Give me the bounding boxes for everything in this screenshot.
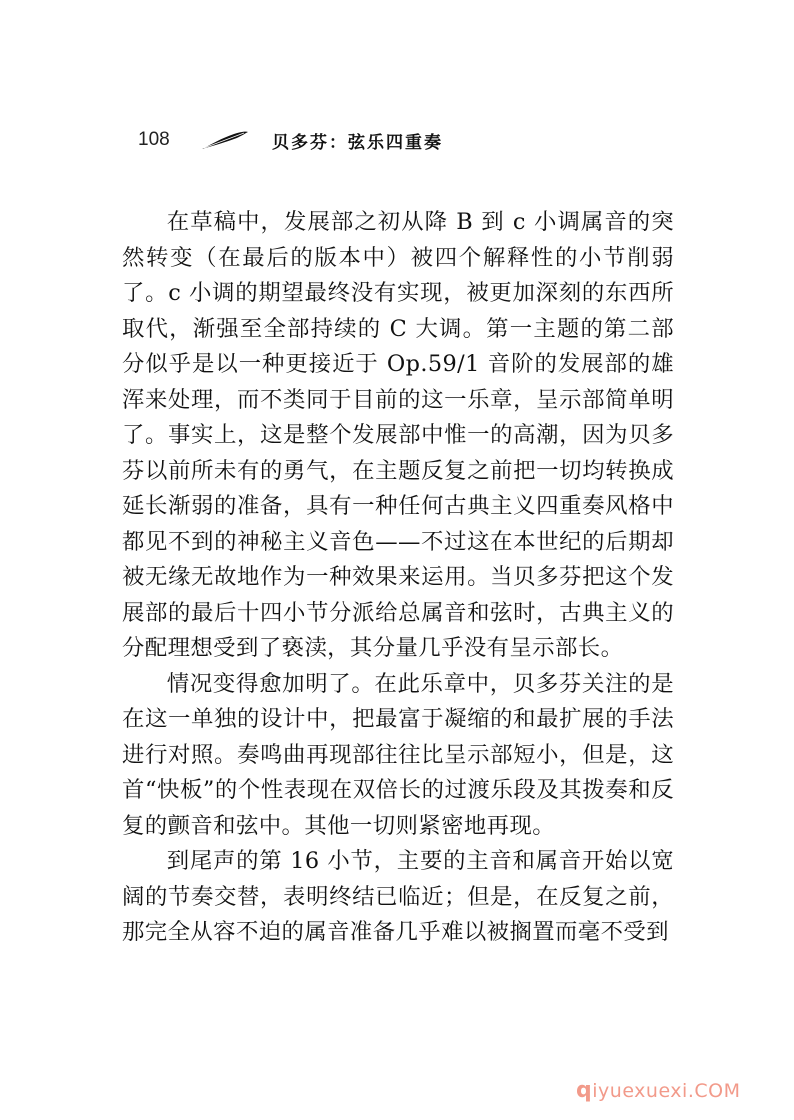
watermark-text: iyuexuexi.COM	[592, 1080, 740, 1102]
page-number: 108	[138, 129, 200, 151]
running-title: 贝多芬：弦乐四重奏	[272, 128, 443, 153]
running-header: 108 贝多芬：弦乐四重奏	[138, 122, 443, 158]
paragraph: 到尾声的第 16 小节，主要的主音和属音开始以宽阔的节奏交替，表明终结已临近；但…	[122, 844, 674, 951]
paragraph: 在草稿中，发展部之初从降 B 到 c 小调属音的突然转变（在最后的版本中）被四个…	[122, 205, 674, 667]
body-text: 在草稿中，发展部之初从降 B 到 c 小调属音的突然转变（在最后的版本中）被四个…	[122, 205, 674, 951]
paragraph: 情况变得愈加明了。在此乐章中，贝多芬关注的是在这一单独的设计中，把最富于凝缩的和…	[122, 667, 674, 845]
watermark: qiyuexuexi.COM	[576, 1078, 741, 1103]
watermark-first-letter: q	[576, 1078, 592, 1103]
quill-feather-icon	[200, 130, 250, 150]
